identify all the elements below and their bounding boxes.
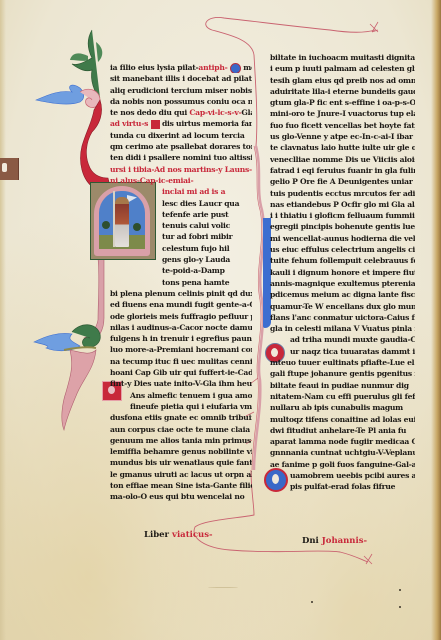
text-line: i eum p iuuti palmam ad celesten glia xyxy=(270,63,415,74)
text-line: ma-olo-O eus qui btu wencelai no xyxy=(110,491,252,502)
text-line: pdicemus meium ac digna lante fisc xyxy=(270,289,415,300)
text-line: nitatem-Nam cu effi puerulus gli fefa xyxy=(270,391,415,402)
text-line: fint-y Dies uate inito-V-Gla ihm heu-a- xyxy=(110,378,252,389)
text-line: da nobis non possumus coniu oca noce xyxy=(110,96,252,107)
text-line: lemiffia behamre genus nobilinte vistie … xyxy=(110,446,252,457)
text-line: ur naqz tica tuuaratas dammt i xyxy=(270,346,415,357)
text-line: hoani Cap Gib uir qui fuffert-ie-Cadus xyxy=(110,367,252,378)
text-line: quamur-Te W encellans dux glo mun xyxy=(270,301,415,312)
rubric-line: inclai mi ad is a xyxy=(110,186,252,197)
text-line: nullaru ab ipis cunabulis magum xyxy=(270,402,415,413)
text-line: sit manebant illis i docebat ad pilatum xyxy=(110,73,252,84)
text-line: le gmanus uiruti ac lacus ut orpn alecla… xyxy=(110,469,252,480)
acanthus-leaf-green xyxy=(72,30,100,98)
text-line: fineufe pietia qui i eiufaria vmino q xyxy=(110,401,252,412)
ink-dot xyxy=(311,601,313,603)
text-line: celestum fujo hil xyxy=(110,243,252,254)
ink-dot xyxy=(399,589,401,591)
text-line: gla in celesti milana V Vuatus pinla fic… xyxy=(270,323,415,334)
text-line: na tecump ituc fi uec mulitas cennit min… xyxy=(110,356,252,367)
text-line: te clavnatus laio hutte iulte uir gle oi… xyxy=(270,142,415,153)
text-line: us eiuc effulus celectrium angelis ci xyxy=(270,244,415,255)
text-line: dusfona etiis gnate ec omnib tribuiis i … xyxy=(110,412,252,423)
acanthus-stem-red xyxy=(81,100,111,188)
text-line: tesih glam eius qd preib nos ad omni xyxy=(270,75,415,86)
text-line: tons pena hamte xyxy=(110,277,252,288)
text-line: ode glorieis meis fuffragio pefluur pina… xyxy=(110,311,252,322)
text-line: annis-magnique exultemus pterenia a xyxy=(270,278,415,289)
text-line: tefenfe arie pust xyxy=(110,209,252,220)
text-line: pis pulfat-erad folas fifrue xyxy=(270,481,415,492)
text-line: dwi fitudiut anhelare-Te Pl ania fu xyxy=(270,425,415,436)
text-line: ton effiae mean Sine ista-Gante filie le… xyxy=(110,480,252,491)
text-line: tunda cu dixerint ad locum tercia xyxy=(110,130,252,141)
text-line: te-poid-a-Damp xyxy=(110,265,252,276)
ink-dot xyxy=(399,606,401,608)
text-line: tuite fehum follempuit celebrauus fe xyxy=(270,255,415,266)
text-line: ad virtu-s dis uirtus memoria fang xyxy=(110,118,252,129)
acanthus-leaf-blue xyxy=(36,85,84,104)
text-line: nilas i audinus-a-Cacor nocte damur cele… xyxy=(110,322,252,333)
text-line: tuis pudentis ecctus mrcutos fer adiuns … xyxy=(270,188,415,199)
text-line: lesc dies Laucr qua xyxy=(110,198,252,209)
text-line: gali ftupe johanure gentis pgenitus no xyxy=(270,368,415,379)
text-line: multoqz tifens conaitine ad lolas eui xyxy=(270,414,415,425)
text-line: egregii pincipis bohenute gentis luelit xyxy=(270,221,415,232)
text-line: veneclliae nomme Dis ue Viiciis alois xyxy=(270,154,415,165)
text-line: fuo fuo ficett vencellas bet hoyte fatpe… xyxy=(270,120,415,131)
text-line: ae fanime p goli fuos fanguine-Gal-a xyxy=(270,459,415,470)
text-line: i i thiatiu i gloficm felluaum fummii xyxy=(270,210,415,221)
text-line: gnnnania cuntnat uchtgiu-V-Veplanus fu xyxy=(270,447,415,458)
text-line: uamobrem ueebis pcibi aures a xyxy=(270,470,415,481)
red-initial-icon xyxy=(151,120,160,129)
page-left-edge xyxy=(0,0,6,640)
text-line: nas etiandebus P Ocfir glo mi Gla alae i… xyxy=(270,199,415,210)
text-line: fulgens h in trenuir i egrefius pauni in… xyxy=(110,333,252,344)
text-line: gtum gla-P fic ent s-effine i oa-p-s-Ome xyxy=(270,97,415,108)
text-line: mini-oro te Jnure-I vuactorus tup ela xyxy=(270,108,415,119)
blue-initial-O-icon xyxy=(230,63,241,74)
manuscript-page: ia filio eius lysia pilat-antiph- mous a… xyxy=(0,0,441,640)
text-line: kauli i dignum honore et impere fiuti xyxy=(270,267,415,278)
text-line: gelio P Ore fie A Deunigentes uniar tans… xyxy=(270,176,415,187)
page-tab-marker xyxy=(0,158,19,180)
text-line: aparat lamma node fugiir medicaa Calius … xyxy=(270,436,415,447)
left-text-column: ia filio eius lysia pilat-antiph- mous a… xyxy=(110,62,252,503)
text-line: mundus bis uir wenatlaus quie fante ma xyxy=(110,457,252,468)
stain-mark xyxy=(208,587,238,588)
text-line: mteuo tuuer eultinats pfiafte-Lue el ect xyxy=(270,357,415,368)
text-line: ten didi i psallere nomini tuo altissime… xyxy=(110,152,252,163)
rubric-line: ursi i tibia-Ad nos martins-y Launs- xyxy=(110,164,252,175)
right-text-column: biltate in iuchoacm muitasti dignitate i… xyxy=(270,52,415,493)
acanthus-leaf-blue-lower xyxy=(34,333,80,350)
text-line: ed fiuens ena mundi fugit gente-a-Groff xyxy=(110,299,252,310)
text-line: flans l'anc conmatur uictora-Caius fiuis… xyxy=(270,312,415,323)
text-line: us glo-Venne y atpe ec-In-c-ai-I ibar al xyxy=(270,131,415,142)
text-line: aun corpus ciae octe te mune claia fihom xyxy=(110,424,252,435)
acanthus-pink-lower xyxy=(62,350,96,430)
text-line: gens glo-y Lauda xyxy=(110,254,252,265)
acanthus-curl-green xyxy=(72,325,100,348)
text-line: biltate in iuchoacm muitasti dignitate xyxy=(270,52,415,63)
footer-catchword-right: Dni Johannis- xyxy=(302,536,367,546)
text-line: biltate feaui in pudiae nunmur dig xyxy=(270,380,415,391)
tree-icon xyxy=(102,221,110,229)
text-line: qm cerimo ate psallebat dorares tonu xyxy=(110,141,252,152)
text-line: fatrad i eqi feruius fuanir in gla fulin… xyxy=(270,165,415,176)
rubric-line: ni alus-Cap-ic-emiai- xyxy=(110,175,252,186)
text-line: ad triha mundi muxte gaudia-Cri a xyxy=(270,334,415,345)
text-line: ia filio eius lysia pilat-antiph- mous a… xyxy=(110,62,252,73)
text-line: bi plena plenum celinis pinit qd dux inc… xyxy=(110,288,252,299)
text-line: Ans almefic tenuem i gua amo eius xyxy=(110,390,252,401)
text-line: te nos dedo diu qui Cap-vi-lc-s-v-Gladiu… xyxy=(110,107,252,118)
text-line: aliq erudicioni tercium miser nobis ac xyxy=(110,85,252,96)
text-line: tur ad fobri mibir xyxy=(110,231,252,242)
text-line: tenuis calui volic xyxy=(110,220,252,231)
text-line: mi wencellat-aunus hodierna die vela xyxy=(270,233,415,244)
text-line: aduiritate lila-i eterne bundeiis gaud xyxy=(270,86,415,97)
text-line: luo more-a-Premiani hocremani corpus xyxy=(110,344,252,355)
footer-catchword-left: Liber viaticus- xyxy=(144,530,213,540)
page-right-edge xyxy=(431,0,441,640)
text-line: genuum me alios tania min primus oraci xyxy=(110,435,252,446)
